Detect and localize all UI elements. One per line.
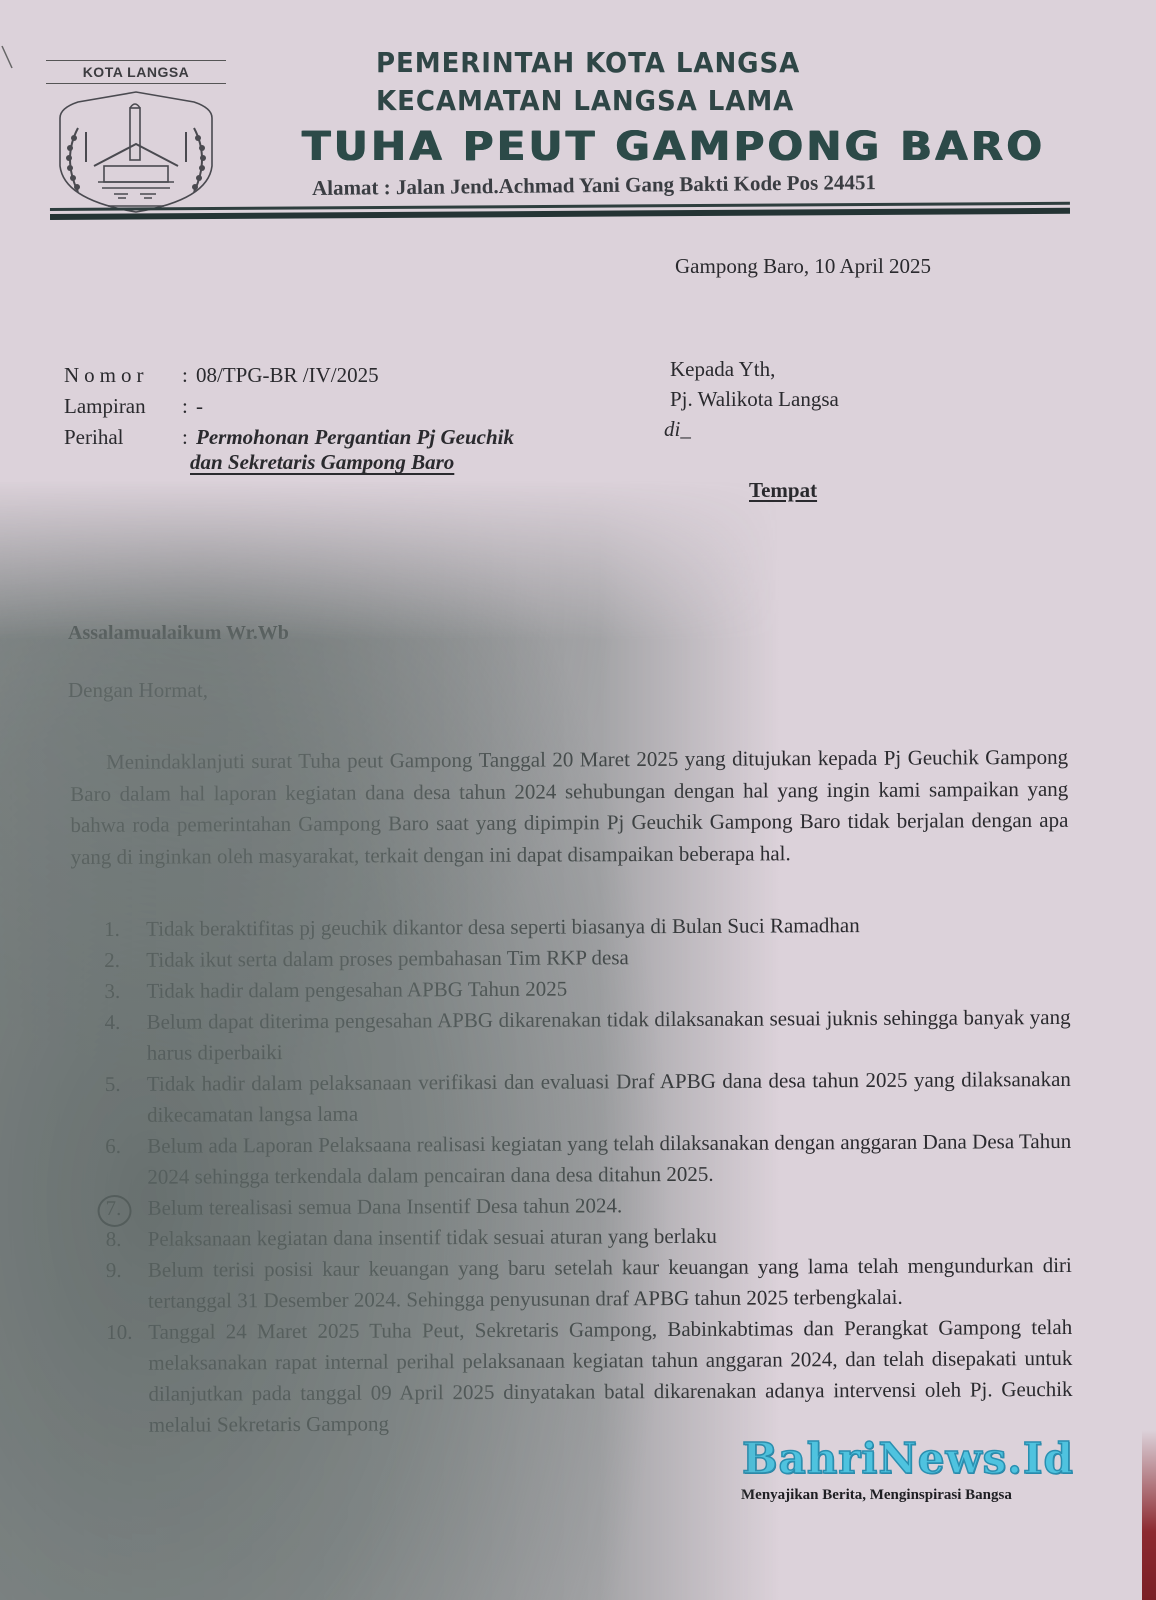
pen-mark	[0, 44, 20, 74]
list-item-text: Belum terealisasi semua Dana Insentif De…	[147, 1188, 1071, 1224]
list-item-text: Tanggal 24 Maret 2025 Tuha Peut, Sekreta…	[148, 1312, 1073, 1441]
nomor-value: 08/TPG-BR /IV/2025	[196, 360, 379, 391]
recipient-block: Kepada Yth, Pj. Walikota Langsa di_	[670, 354, 839, 444]
recipient-salutation: Kepada Yth,	[670, 354, 839, 384]
meta-perihal: Perihal : Permohonan Pergantian Pj Geuch…	[64, 422, 514, 453]
watermark-logo: BahriNews.Id	[742, 1434, 1074, 1483]
letterhead-district: KECAMATAN LANGSA LAMA	[376, 84, 841, 117]
list-item: 2.Tidak ikut serta dalam proses pembahas…	[104, 940, 1070, 976]
list-item: 4.Belum dapat diterima pengesahan APBG d…	[104, 1002, 1070, 1069]
letter-meta: Nomor : 08/TPG-BR /IV/2025 Lampiran : - …	[64, 360, 514, 453]
list-item-number: 9.	[106, 1255, 148, 1317]
list-item-number: 7.	[105, 1193, 147, 1224]
list-item-text: Tidak beraktifitas pj geuchik dikantor d…	[146, 909, 1070, 945]
list-item-number: 10.	[106, 1317, 149, 1441]
perihal-value: Permohonan Pergantian Pj Geuchik	[196, 422, 514, 453]
logo-caption: KOTA LANGSA	[46, 60, 226, 84]
colon: :	[182, 391, 196, 422]
handwritten-circle-icon	[97, 1195, 131, 1227]
points-list: 1.Tidak beraktifitas pj geuchik dikantor…	[104, 909, 1073, 1441]
meta-lampiran: Lampiran : -	[64, 391, 514, 422]
list-item: 8.Pelaksanaan kegiatan dana insentif tid…	[106, 1219, 1072, 1255]
intro-paragraph: Menindaklanjuti surat Tuha peut Gampong …	[70, 742, 1069, 873]
colon: :	[182, 422, 196, 453]
letter-date: Gampong Baro, 10 April 2025	[675, 254, 931, 279]
letterhead-government: PEMERINTAH KOTA LANGSA	[376, 46, 841, 79]
lampiran-label: Lampiran	[64, 391, 182, 422]
letter-document: KOTA LANGSA	[0, 0, 1156, 1600]
lampiran-value: -	[196, 391, 203, 422]
list-item-text: Tidak ikut serta dalam proses pembahasan…	[146, 940, 1070, 976]
list-item: 7.Belum terealisasi semua Dana Insentif …	[105, 1188, 1071, 1224]
nomor-label: Nomor	[64, 360, 182, 391]
list-item: 6.Belum ada Laporan Pelaksaana realisasi…	[105, 1126, 1071, 1193]
meta-nomor: Nomor : 08/TPG-BR /IV/2025	[64, 360, 514, 391]
salutation: Dengan Hormat,	[68, 678, 208, 703]
recipient-name: Pj. Walikota Langsa	[670, 384, 839, 414]
recipient-place: Tempat	[749, 478, 817, 503]
list-item-number: 1.	[104, 914, 146, 945]
list-item-number: 6.	[105, 1131, 147, 1193]
perihal-label: Perihal	[64, 422, 182, 453]
list-item-number: 3.	[104, 976, 146, 1007]
list-item-text: Belum terisi posisi kaur keuangan yang b…	[148, 1250, 1072, 1317]
list-item: 9.Belum terisi posisi kaur keuangan yang…	[106, 1250, 1072, 1317]
list-item-number: 8.	[106, 1224, 148, 1255]
watermark-tagline: Menyajikan Berita, Menginspirasi Bangsa	[741, 1487, 1012, 1504]
letterhead-address: Alamat : Jalan Jend.Achmad Yani Gang Bak…	[312, 170, 876, 201]
list-item-text: Belum ada Laporan Pelaksaana realisasi k…	[147, 1126, 1071, 1193]
list-item-text: Belum dapat diterima pengesahan APBG dik…	[146, 1002, 1070, 1069]
list-item: 5.Tidak hadir dalam pelaksanaan verifika…	[105, 1064, 1071, 1131]
list-item-text: Tidak hadir dalam pengesahan APBG Tahun …	[146, 971, 1070, 1007]
list-item-number: 4.	[104, 1007, 146, 1069]
list-item-text: Pelaksanaan kegiatan dana insentif tidak…	[148, 1219, 1072, 1255]
recipient-di: di_	[664, 414, 839, 444]
greeting: Assalamualaikum Wr.Wb	[68, 622, 289, 645]
list-item-number: 2.	[104, 945, 146, 976]
list-item: 10.Tanggal 24 Maret 2025 Tuha Peut, Sekr…	[106, 1312, 1073, 1441]
letterhead-title: TUHA PEUT GAMPONG BARO	[302, 124, 1045, 170]
city-logo: KOTA LANGSA	[46, 60, 226, 215]
list-item: 1.Tidak beraktifitas pj geuchik dikantor…	[104, 909, 1070, 945]
city-emblem-icon	[48, 88, 224, 216]
list-item-number: 5.	[105, 1069, 147, 1131]
background-edge	[1142, 1430, 1156, 1600]
list-item-text: Tidak hadir dalam pelaksanaan verifikasi…	[147, 1064, 1071, 1131]
list-item: 3.Tidak hadir dalam pengesahan APBG Tahu…	[104, 971, 1070, 1007]
perihal-value-continued: dan Sekretaris Gampong Baro	[190, 450, 462, 475]
colon: :	[182, 360, 196, 391]
